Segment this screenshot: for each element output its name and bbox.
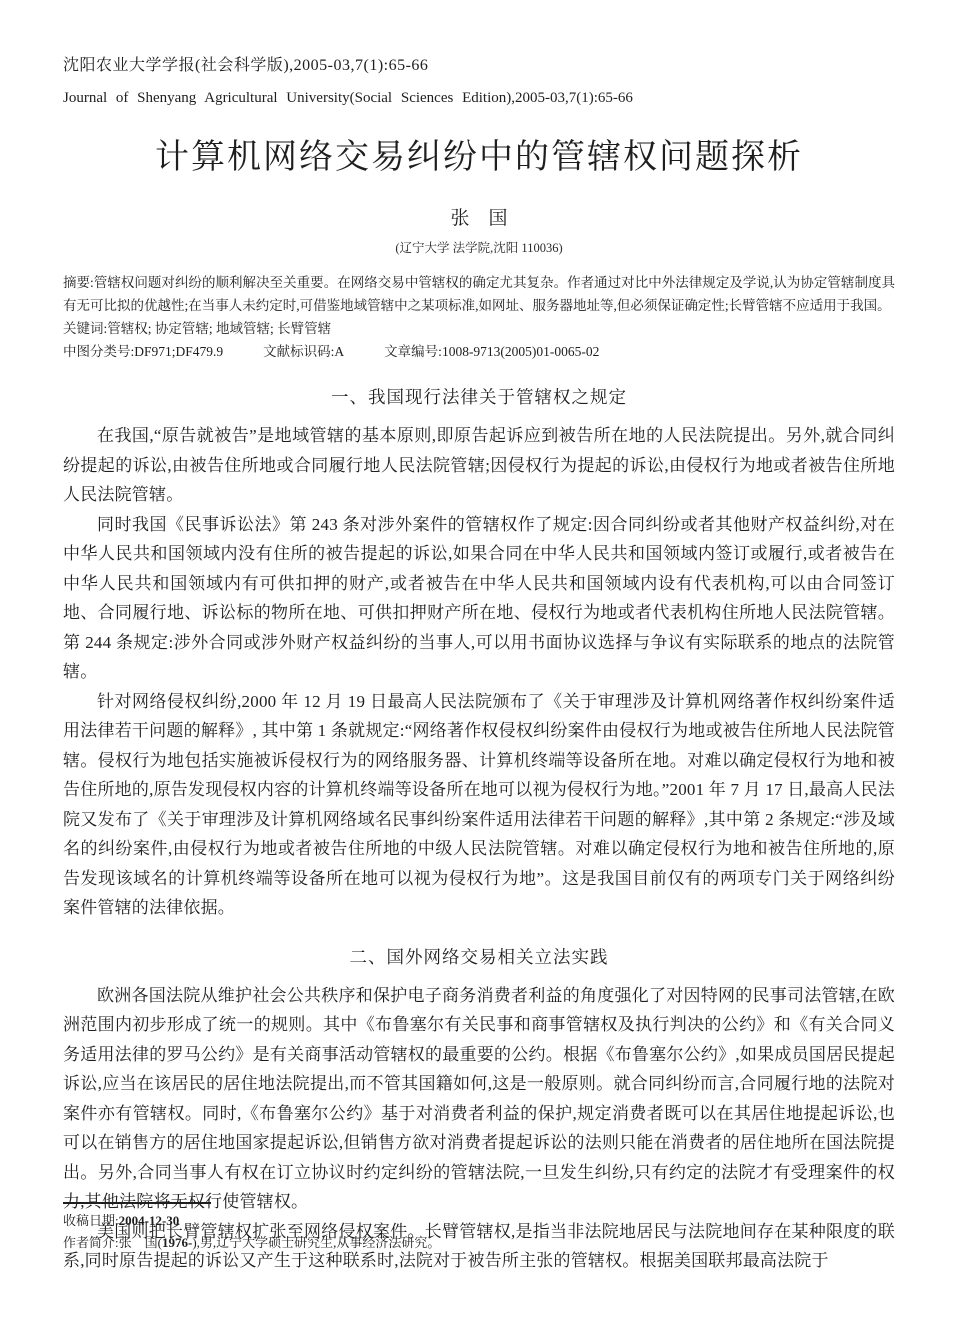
keywords-line: 关键词:管辖权; 协定管辖; 地域管辖; 长臂管辖 [63,317,895,340]
doc-code-label: 文献标识码: [263,344,334,359]
journal-page: 沈阳农业大学学报(社会科学版),2005-03,7(1):65-66 Journ… [0,0,957,1339]
doc-code-value: A [334,344,344,359]
abstract-block: 摘要:管辖权问题对纠纷的顺利解决至关重要。在网络交易中管辖权的确定尤其复杂。作者… [63,271,895,363]
keywords-text: 管辖权; 协定管辖; 地域管辖; 长臂管辖 [107,321,331,336]
abstract-text: 管辖权问题对纠纷的顺利解决至关重要。在网络交易中管辖权的确定尤其复杂。作者通过对… [63,275,895,313]
author-bio-suffix: ),男,辽宁大学硕士研究生,从事经济法研究。 [192,1235,440,1250]
meta-row: 中图分类号:DF971;DF479.9文献标识码:A文章编号:1008-9713… [63,340,895,363]
section1-paragraph-3: 针对网络侵权纠纷,2000 年 12 月 19 日最高人民法院颁布了《关于审理涉… [63,687,895,923]
received-date-label: 收稿日期: [63,1213,119,1228]
clc-label: 中图分类号: [63,344,134,359]
journal-citation-cn: 沈阳农业大学学报(社会科学版),2005-03,7(1):65-66 [63,56,895,76]
article-id-label: 文章编号: [384,344,442,359]
article-id-value: 1008-9713(2005)01-0065-02 [442,344,599,359]
author-bio-line: 作者简介:张 国(1976-),男,辽宁大学硕士研究生,从事经济法研究。 [63,1232,895,1254]
abstract-paragraph: 摘要:管辖权问题对纠纷的顺利解决至关重要。在网络交易中管辖权的确定尤其复杂。作者… [63,271,895,317]
section-heading-2: 二、国外网络交易相关立法实践 [63,945,895,969]
journal-citation-en: Journal of Shenyang Agricultural Univers… [63,89,895,108]
author-bio-prefix: 张 国( [119,1235,162,1250]
doc-code-segment: 文献标识码:A [263,340,344,363]
section-heading-1: 一、我国现行法律关于管辖权之规定 [63,385,895,409]
footnote-divider [63,1202,211,1204]
author-name: 张 国 [63,206,895,232]
author-affiliation: (辽宁大学 法学院,沈阳 110036) [63,240,895,257]
section1-paragraph-2: 同时我国《民事诉讼法》第 243 条对涉外案件的管辖权作了规定:因合同纠纷或者其… [63,510,895,687]
abstract-label: 摘要: [63,275,94,290]
clc-segment: 中图分类号:DF971;DF479.9 [63,340,223,363]
article-id-segment: 文章编号:1008-9713(2005)01-0065-02 [384,340,599,363]
author-bio-label: 作者简介: [63,1235,119,1250]
clc-value: DF971;DF479.9 [134,344,223,359]
keywords-label: 关键词: [63,321,107,336]
received-date-value: 2004-12-30 [119,1213,180,1228]
received-date-line: 收稿日期:2004-12-30 [63,1210,895,1232]
article-title: 计算机网络交易纠纷中的管辖权问题探析 [63,136,895,180]
section2-paragraph-1: 欧洲各国法院从维护社会公共秩序和保护电子商务消费者利益的角度强化了对因特网的民事… [63,981,895,1217]
section1-paragraph-1: 在我国,“原告就被告”是地域管辖的基本原则,即原告起诉应到被告所在地的人民法院提… [63,421,895,510]
author-bio-year: 1976- [162,1235,192,1250]
footnote-block: 收稿日期:2004-12-30 作者简介:张 国(1976-),男,辽宁大学硕士… [63,1202,895,1254]
